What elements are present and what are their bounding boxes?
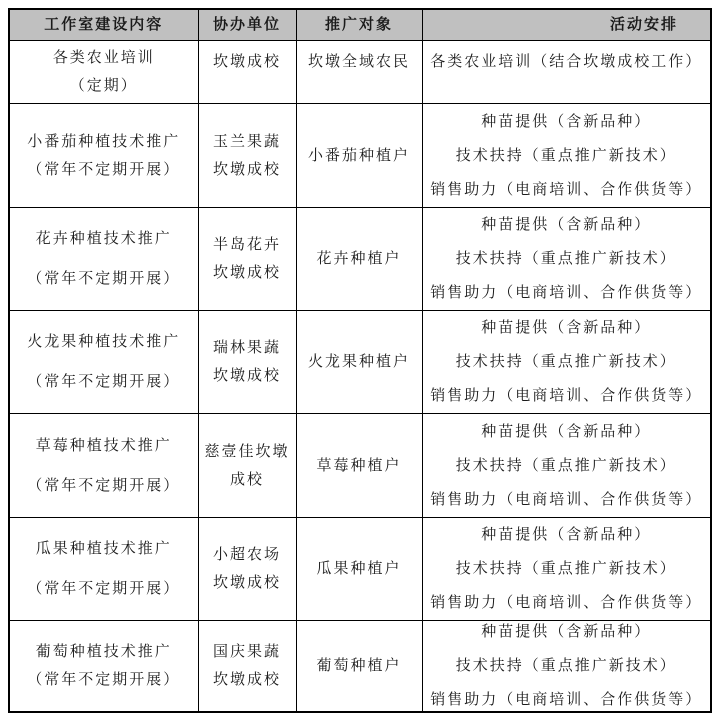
text-line: 花卉种植户 — [316, 245, 401, 273]
text-line: 瓜果种植技术推广 — [36, 535, 172, 563]
cell-target: 小番茄种植户 — [296, 104, 422, 208]
text-line: 技术扶持（重点推广新技术） — [456, 139, 677, 173]
cell-target-box: 火龙果种植户 — [297, 311, 422, 413]
text-line: 销售助力（电商培训、合作供货等） — [430, 173, 702, 207]
text-line: 技术扶持（重点推广新技术） — [456, 649, 677, 683]
text-line: 销售助力（电商培训、合作供货等） — [430, 483, 702, 517]
cell-activities-box: 各类农业培训（结合坎墩成校工作） — [423, 41, 711, 103]
table-row: 草莓种植技术推广（常年不定期开展）慈壹佳坎墩成校草莓种植户种苗提供（含新品种）技… — [9, 414, 711, 518]
text-line: 销售助力（电商培训、合作供货等） — [430, 683, 702, 711]
text-line: 技术扶持（重点推广新技术） — [456, 345, 677, 379]
text-line: 各类农业培训（结合坎墩成校工作） — [430, 48, 702, 76]
cell-target-box: 小番茄种植户 — [297, 104, 422, 207]
text-line: 半岛花卉 — [213, 231, 281, 259]
cell-content: 瓜果种植技术推广（常年不定期开展） — [9, 518, 198, 621]
table-row: 火龙果种植技术推广（常年不定期开展）瑞林果蔬坎墩成校火龙果种植户种苗提供（含新品… — [9, 311, 711, 414]
text-line: 草莓种植户 — [316, 452, 401, 480]
text-line: 坎墩成校 — [213, 666, 281, 694]
cell-target-box: 葡萄种植户 — [297, 621, 422, 711]
text-line: 瓜果种植户 — [316, 555, 401, 583]
text-line: 火龙果种植技术推广 — [27, 328, 180, 356]
cell-target: 草莓种植户 — [296, 414, 422, 518]
cell-content-box: 葡萄种植技术推广（常年不定期开展） — [10, 621, 198, 711]
table-row: 各类农业培训（定期）坎墩成校坎墩全域农民各类农业培训（结合坎墩成校工作） — [9, 41, 711, 104]
cell-content: 葡萄种植技术推广（常年不定期开展） — [9, 621, 198, 713]
text-line: （常年不定期开展） — [27, 575, 180, 603]
text-line: （常年不定期开展） — [27, 368, 180, 396]
table-row: 葡萄种植技术推广（常年不定期开展）国庆果蔬坎墩成校葡萄种植户种苗提供（含新品种）… — [9, 621, 711, 713]
cell-content-box: 火龙果种植技术推广（常年不定期开展） — [10, 311, 198, 413]
table-row: 花卉种植技术推广（常年不定期开展）半岛花卉坎墩成校花卉种植户种苗提供（含新品种）… — [9, 208, 711, 311]
cell-activities: 种苗提供（含新品种）技术扶持（重点推广新技术）销售助力（电商培训、合作供货等） — [422, 518, 711, 621]
text-line: （常年不定期开展） — [27, 265, 180, 293]
cell-unit-box: 慈壹佳坎墩成校 — [199, 414, 296, 517]
text-line: 花卉种植技术推广 — [36, 225, 172, 253]
text-line: 坎墩成校 — [213, 569, 281, 597]
cell-activities-box: 种苗提供（含新品种）技术扶持（重点推广新技术）销售助力（电商培训、合作供货等） — [423, 104, 711, 207]
cell-activities-box: 种苗提供（含新品种）技术扶持（重点推广新技术）销售助力（电商培训、合作供货等） — [423, 414, 711, 517]
text-line: 销售助力（电商培训、合作供货等） — [430, 586, 702, 620]
cell-unit-box: 国庆果蔬坎墩成校 — [199, 621, 296, 711]
document-page: 工作室建设内容 协办单位 推广对象 活动安排 各类农业培训（定期）坎墩成校坎墩全… — [0, 0, 717, 719]
cell-unit: 玉兰果蔬坎墩成校 — [198, 104, 296, 208]
text-line: 成校 — [230, 466, 264, 494]
header-row: 工作室建设内容 协办单位 推广对象 活动安排 — [9, 9, 711, 41]
cell-target-box: 花卉种植户 — [297, 208, 422, 310]
cell-activities: 种苗提供（含新品种）技术扶持（重点推广新技术）销售助力（电商培训、合作供货等） — [422, 104, 711, 208]
text-line: 技术扶持（重点推广新技术） — [456, 449, 677, 483]
text-line: 小超农场 — [213, 541, 281, 569]
cell-content: 小番茄种植技术推广（常年不定期开展） — [9, 104, 198, 208]
cell-activities-box: 种苗提供（含新品种）技术扶持（重点推广新技术）销售助力（电商培训、合作供货等） — [423, 518, 711, 620]
text-line: 种苗提供（含新品种） — [481, 415, 651, 449]
cell-target-box: 瓜果种植户 — [297, 518, 422, 620]
text-line: （常年不定期开展） — [27, 472, 180, 500]
text-line: 坎墩成校 — [213, 156, 281, 184]
text-line: 种苗提供（含新品种） — [481, 518, 651, 552]
header-cell-target: 推广对象 — [296, 9, 422, 41]
header-cell-activities: 活动安排 — [422, 9, 711, 41]
cell-content-box: 草莓种植技术推广（常年不定期开展） — [10, 414, 198, 517]
text-line: （常年不定期开展） — [27, 156, 180, 184]
table-row: 瓜果种植技术推广（常年不定期开展）小超农场坎墩成校瓜果种植户种苗提供（含新品种）… — [9, 518, 711, 621]
header-cell-unit: 协办单位 — [198, 9, 296, 41]
cell-unit-box: 半岛花卉坎墩成校 — [199, 208, 296, 310]
text-line: 国庆果蔬 — [213, 638, 281, 666]
text-line: 坎墩全域农民 — [308, 48, 410, 76]
schedule-table: 工作室建设内容 协办单位 推广对象 活动安排 各类农业培训（定期）坎墩成校坎墩全… — [8, 8, 712, 713]
cell-activities: 种苗提供（含新品种）技术扶持（重点推广新技术）销售助力（电商培训、合作供货等） — [422, 621, 711, 713]
cell-target: 火龙果种植户 — [296, 311, 422, 414]
text-line: 技术扶持（重点推广新技术） — [456, 552, 677, 586]
cell-unit: 瑞林果蔬坎墩成校 — [198, 311, 296, 414]
cell-unit: 小超农场坎墩成校 — [198, 518, 296, 621]
table-header: 工作室建设内容 协办单位 推广对象 活动安排 — [9, 9, 711, 41]
cell-target: 花卉种植户 — [296, 208, 422, 311]
cell-content-box: 各类农业培训（定期） — [10, 41, 198, 103]
text-line: 坎墩成校 — [213, 48, 281, 76]
cell-unit-box: 小超农场坎墩成校 — [199, 518, 296, 620]
text-line: 慈壹佳坎墩 — [204, 438, 289, 466]
text-line: 技术扶持（重点推广新技术） — [456, 242, 677, 276]
cell-activities: 种苗提供（含新品种）技术扶持（重点推广新技术）销售助力（电商培训、合作供货等） — [422, 414, 711, 518]
text-line: 销售助力（电商培训、合作供货等） — [430, 379, 702, 413]
text-line: 草莓种植技术推广 — [36, 432, 172, 460]
text-line: 小番茄种植户 — [308, 142, 410, 170]
cell-unit-box: 玉兰果蔬坎墩成校 — [199, 104, 296, 207]
cell-activities-box: 种苗提供（含新品种）技术扶持（重点推广新技术）销售助力（电商培训、合作供货等） — [423, 208, 711, 310]
cell-content: 火龙果种植技术推广（常年不定期开展） — [9, 311, 198, 414]
table-row: 小番茄种植技术推广（常年不定期开展）玉兰果蔬坎墩成校小番茄种植户种苗提供（含新品… — [9, 104, 711, 208]
text-line: 小番茄种植技术推广 — [27, 128, 180, 156]
text-line: 玉兰果蔬 — [213, 128, 281, 156]
text-line: 种苗提供（含新品种） — [481, 311, 651, 345]
cell-activities: 种苗提供（含新品种）技术扶持（重点推广新技术）销售助力（电商培训、合作供货等） — [422, 311, 711, 414]
cell-target: 坎墩全域农民 — [296, 41, 422, 104]
cell-target: 葡萄种植户 — [296, 621, 422, 713]
cell-unit: 坎墩成校 — [198, 41, 296, 104]
cell-unit-box: 坎墩成校 — [199, 41, 296, 103]
cell-content-box: 小番茄种植技术推广（常年不定期开展） — [10, 104, 198, 207]
text-line: 种苗提供（含新品种） — [481, 621, 651, 649]
cell-activities: 种苗提供（含新品种）技术扶持（重点推广新技术）销售助力（电商培训、合作供货等） — [422, 208, 711, 311]
cell-content-box: 瓜果种植技术推广（常年不定期开展） — [10, 518, 198, 620]
cell-target: 瓜果种植户 — [296, 518, 422, 621]
text-line: （定期） — [70, 72, 138, 100]
cell-content: 各类农业培训（定期） — [9, 41, 198, 104]
cell-target-box: 草莓种植户 — [297, 414, 422, 517]
cell-unit: 慈壹佳坎墩成校 — [198, 414, 296, 518]
header-cell-content: 工作室建设内容 — [9, 9, 198, 41]
text-line: 葡萄种植技术推广 — [36, 638, 172, 666]
table-body: 各类农业培训（定期）坎墩成校坎墩全域农民各类农业培训（结合坎墩成校工作）小番茄种… — [9, 41, 711, 713]
text-line: 火龙果种植户 — [308, 348, 410, 376]
cell-content: 花卉种植技术推广（常年不定期开展） — [9, 208, 198, 311]
cell-unit: 半岛花卉坎墩成校 — [198, 208, 296, 311]
cell-content-box: 花卉种植技术推广（常年不定期开展） — [10, 208, 198, 310]
cell-target-box: 坎墩全域农民 — [297, 41, 422, 103]
cell-unit: 国庆果蔬坎墩成校 — [198, 621, 296, 713]
cell-activities-box: 种苗提供（含新品种）技术扶持（重点推广新技术）销售助力（电商培训、合作供货等） — [423, 621, 711, 711]
text-line: 种苗提供（含新品种） — [481, 105, 651, 139]
text-line: 各类农业培训 — [53, 44, 155, 72]
text-line: 葡萄种植户 — [316, 652, 401, 680]
cell-activities: 各类农业培训（结合坎墩成校工作） — [422, 41, 711, 104]
cell-unit-box: 瑞林果蔬坎墩成校 — [199, 311, 296, 413]
text-line: 坎墩成校 — [213, 259, 281, 287]
text-line: 销售助力（电商培训、合作供货等） — [430, 276, 702, 310]
text-line: 种苗提供（含新品种） — [481, 208, 651, 242]
cell-activities-box: 种苗提供（含新品种）技术扶持（重点推广新技术）销售助力（电商培训、合作供货等） — [423, 311, 711, 413]
text-line: （常年不定期开展） — [27, 666, 180, 694]
text-line: 坎墩成校 — [213, 362, 281, 390]
text-line: 瑞林果蔬 — [213, 334, 281, 362]
cell-content: 草莓种植技术推广（常年不定期开展） — [9, 414, 198, 518]
